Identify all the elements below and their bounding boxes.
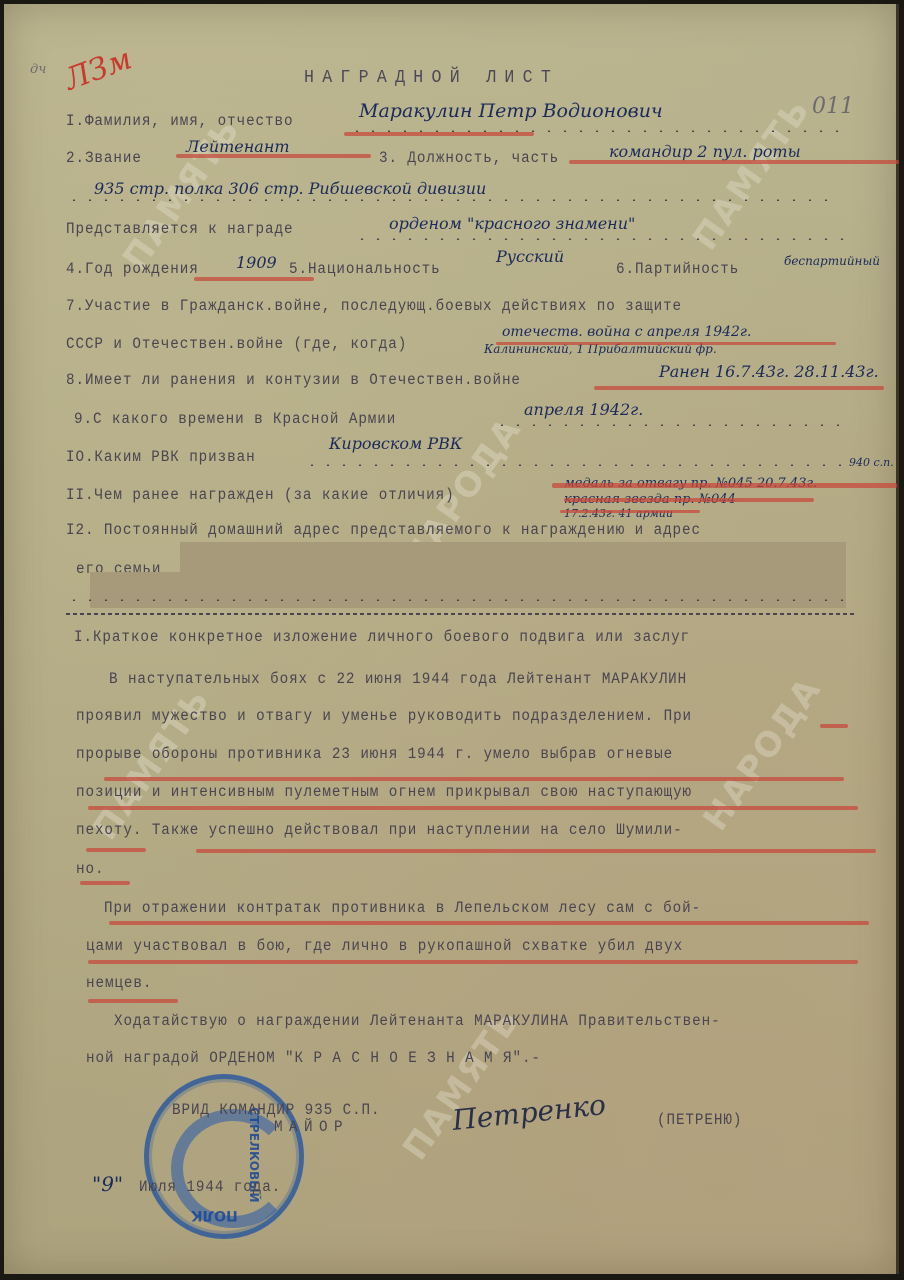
field-value-birth-year: 1909 [236,253,277,272]
section-divider [66,613,856,615]
field-label-prior-awards: II.Чем ранее награжден (за какие отличия… [66,486,455,504]
dotted-line [304,464,849,466]
field-value-award: орденом "красного знамени" [389,214,635,233]
signer-position: ВРИД КОМАНДИР 935 С.П. [172,1101,381,1119]
narrative-line: прорыве обороны противника 23 июня 1944 … [76,745,673,763]
pencil-number: 011 [812,94,854,119]
narrative-line: позиции и интенсивным пулеметным огнем п… [76,783,692,801]
red-underline [80,881,130,885]
red-underline [104,777,844,781]
field-label-wounds: 8.Имеет ли ранения и контузии в Отечеств… [66,371,521,389]
signer-name: (ПЕТРЕНЮ) [657,1111,742,1129]
award-sheet-page: ПАМЯТЬ ПАМЯТЬ НАРОДА ПАМЯТЬ НАРОДА ПАМЯТ… [4,4,899,1274]
field-value-war-participation: отечеств. война с апреля 1942г. [502,324,751,340]
red-underline [109,921,869,925]
stamp-text-bottom: ПОЛК [191,1207,238,1223]
field-label-civil-war-2: СССР и Отечествен.войне (где, когда) [66,335,407,353]
field-value-wounds: Ранен 16.7.43г. 28.11.43г. [659,362,879,381]
field-label-draft-office: IO.Каким РВК призван [66,448,256,466]
field-label-award: Представляется к награде [66,220,293,238]
dotted-line [66,199,841,201]
field-value-army-since: апреля 1942г. [524,400,643,419]
red-underline [196,849,876,853]
field-label-address: I2. Постоянный домашний адрес представля… [66,521,701,539]
field-label-position: 3. Должность, часть [379,149,559,167]
narrative-line: проявил мужество и отвагу и уменье руков… [76,707,692,725]
field-value-draft-office: Кировском РВК [329,434,462,453]
red-strike [564,498,814,502]
field-value-position: командир 2 пул. роты [609,142,801,161]
official-stamp: СТРЕЛКОВЫЙ ПОЛК [144,1074,304,1239]
field-value-nationality: Русский [496,247,564,266]
field-label-name: I.Фамилия, имя, отчество [66,112,293,130]
field-value-name: Маракулин Петр Водионович [359,100,663,122]
narrative-line: цами участвовал в бою, где лично в рукоп… [86,937,683,955]
field-label-army-since: 9.С какого времени в Красной Армии [74,410,396,428]
red-underline [496,342,836,345]
document-title: НАГРАДНОЙ ЛИСТ [304,68,559,88]
red-underline [88,806,858,810]
narrative-line: пехоту. Также успешно действовал при нас… [76,821,683,839]
red-underline [594,386,884,390]
date-day: "9" [92,1172,123,1196]
narrative-line: Ходатайствую о награждении Лейтенанта МА… [114,1012,721,1030]
section-heading: I.Краткое конкретное изложение личного б… [74,628,690,646]
narrative-line: немцев. [86,974,152,992]
field-value-prior-award-3: 17.2.43г. 41 армии [564,507,673,520]
red-strike [552,483,897,488]
red-underline [88,999,178,1003]
narrative-line: В наступательных боях с 22 июня 1944 год… [109,670,687,688]
field-label-party: 6.Партийность [616,260,739,278]
field-label-civil-war: 7.Участие в Гражданск.войне, последующ.б… [66,297,682,315]
watermark: НАРОДА [695,670,829,838]
red-underline [88,960,858,964]
red-underline [176,154,371,158]
pencil-corner-note: дч [30,62,46,77]
red-corner-note: ЛЗм [60,41,136,97]
red-strike [560,510,700,513]
watermark: ПАМЯТЬ [685,90,819,257]
field-value-party: беспартийный [784,254,880,268]
field-value-unit: 935 стр. полка 306 стр. Рибшевской дивиз… [94,179,486,198]
narrative-line: При отражении контратак противника в Леп… [104,899,701,917]
red-underline [820,724,848,728]
red-underline [86,848,146,852]
dotted-line [66,599,856,601]
dotted-line [494,424,849,426]
redacted-address [90,572,190,608]
narrative-line: ной наградой ОРДЕНОМ "К Р А С Н О Е З Н … [86,1049,541,1067]
signer-rank: МАЙОР [274,1118,349,1136]
narrative-line: но. [76,860,104,878]
red-underline [344,132,534,136]
field-value-regiment-note: 940 с.п. [849,456,894,469]
field-label-birth-year: 4.Год рождения [66,260,199,278]
dotted-line [354,238,844,240]
field-label-rank: 2.Звание [66,149,142,167]
field-label-nationality: 5.Национальность [289,260,441,278]
date-rest: Июля 1944 года. [139,1178,281,1196]
red-underline [569,160,899,164]
